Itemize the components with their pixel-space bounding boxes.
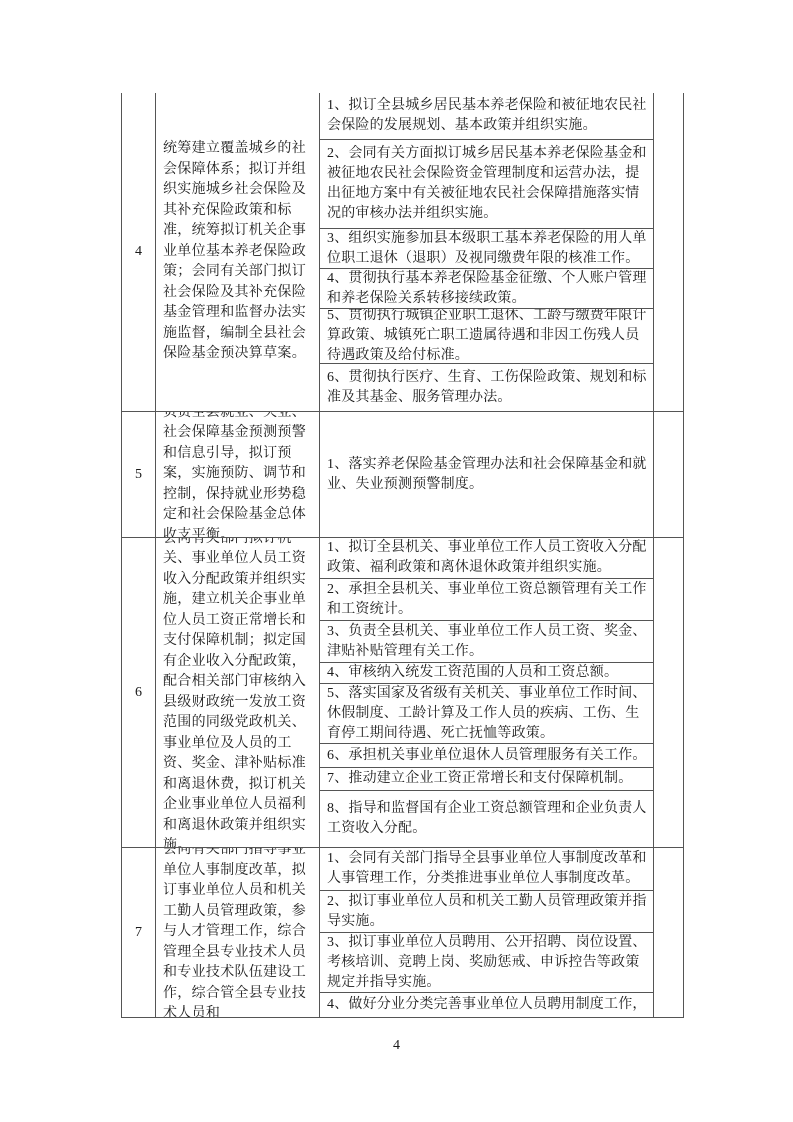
item-text: 1、会同有关部门指导全县事业单位人事制度改革和人事管理工作，分类推进事业单位人事…: [327, 849, 649, 889]
duty-cell: 统筹建立覆盖城乡的社会保障体系；拟订并组织实施城乡社会保险及其补充保险政策和标准…: [156, 93, 320, 411]
item-text: 6、承担机关事业单位退休人员管理服务有关工作。: [327, 746, 647, 766]
item-text: 6、贯彻执行医疗、生育、工伤保险政策、规划和标准及其基金、服务管理办法。: [327, 368, 649, 408]
remark-cell: [654, 93, 684, 411]
item-text: 1、拟订全县机关、事业单位工作人员工资收入分配政策、福利政策和离休退休政策并组织…: [327, 538, 649, 578]
item-cell: 2、会同有关方面拟订城乡居民基本养老保险基金和被征地农民社会保险资金管理制度和运…: [320, 139, 653, 228]
item-text: 5、落实国家及省级有关机关、事业单位工作时间、休假制度、工龄计算及工作人员的疾病…: [327, 684, 649, 744]
duties-table: 4 统筹建立覆盖城乡的社会保障体系；拟订并组织实施城乡社会保险及其补充保险政策和…: [121, 93, 684, 1018]
duty-text: 会同有关部门指导事业单位人事制度改革，拟订事业单位人员和机关工勤人员管理政策，参…: [163, 848, 314, 1017]
item-text: 2、拟订事业单位人员和机关工勤人员管理政策并指导实施。: [327, 892, 649, 932]
item-text: 4、做好分业分类完善事业单位人员聘用制度工作，: [327, 995, 647, 1015]
item-cell: 1、拟订全县城乡居民基本养老保险和被征地农民社会保险的发展规划、基本政策并组织实…: [320, 93, 653, 139]
item-cell: 7、推动建立企业工资正常增长和支付保障机制。: [320, 767, 653, 790]
item-cell: 4、做好分业分类完善事业单位人员聘用制度工作，: [320, 992, 653, 1017]
item-cell: 3、组织实施参加县本级职工基本养老保险的用人单位职工退休（退职）及视同缴费年限的…: [320, 228, 653, 268]
item-text: 3、拟订事业单位人员聘用、公开招聘、岗位设置、考核培训、竞聘上岗、奖励惩戒、申诉…: [327, 933, 649, 993]
item-text: 4、审核纳入统发工资范围的人员和工资总额。: [327, 663, 618, 683]
item-cell: 1、落实养老保险基金管理办法和社会保障基金和就业、失业预测预警制度。: [320, 412, 653, 537]
row-number: 6: [122, 538, 156, 847]
duty-text: 负责全县就业、失业、社会保障基金预测预警和信息引导，拟订预案，实施预防、调节和控…: [163, 412, 314, 537]
duty-cell: 负责全县就业、失业、社会保障基金预测预警和信息引导，拟订预案，实施预防、调节和控…: [156, 412, 320, 537]
item-cell: 4、审核纳入统发工资范围的人员和工资总额。: [320, 662, 653, 683]
table-row-4: 4 统筹建立覆盖城乡的社会保障体系；拟订并组织实施城乡社会保险及其补充保险政策和…: [122, 93, 684, 412]
item-cell: 4、贯彻执行基本养老保险基金征缴、个人账户管理和养老保险关系转移接续政策。: [320, 268, 653, 308]
items-cell: 1、拟订全县机关、事业单位工作人员工资收入分配政策、福利政策和离休退休政策并组织…: [320, 538, 654, 847]
item-text: 2、承担全县机关、事业单位工资总额管理有关工作和工资统计。: [327, 580, 649, 620]
duty-text: 会同有关部门拟订机关、事业单位人员工资收入分配政策并组织实施，建立机关企事业单位…: [163, 538, 314, 847]
items-cell: 1、会同有关部门指导全县事业单位人事制度改革和人事管理工作，分类推进事业单位人事…: [320, 848, 654, 1017]
item-cell: 5、落实国家及省级有关机关、事业单位工作时间、休假制度、工龄计算及工作人员的疾病…: [320, 683, 653, 743]
page-number: 4: [0, 1038, 793, 1054]
item-text: 5、贯彻执行城镇企业职工退休、工龄与缴费年限计算政策、城镇死亡职工遗属待遇和非因…: [327, 308, 649, 363]
item-cell: 1、拟订全县机关、事业单位工作人员工资收入分配政策、福利政策和离休退休政策并组织…: [320, 538, 653, 578]
remark-cell: [654, 538, 684, 847]
item-cell: 6、贯彻执行医疗、生育、工伤保险政策、规划和标准及其基金、服务管理办法。: [320, 363, 653, 411]
row-number: 5: [122, 412, 156, 537]
item-text: 4、贯彻执行基本养老保险基金征缴、个人账户管理和养老保险关系转移接续政策。: [327, 269, 649, 309]
item-cell: 3、负责全县机关、事业单位工作人员工资、奖金、津贴补贴管理有关工作。: [320, 620, 653, 662]
item-text: 7、推动建立企业工资正常增长和支付保障机制。: [327, 769, 632, 789]
item-cell: 3、拟订事业单位人员聘用、公开招聘、岗位设置、考核培训、竞聘上岗、奖励惩戒、申诉…: [320, 932, 653, 992]
table-row-7: 7 会同有关部门指导事业单位人事制度改革，拟订事业单位人员和机关工勤人员管理政策…: [122, 848, 684, 1018]
duty-text: 统筹建立覆盖城乡的社会保障体系；拟订并组织实施城乡社会保险及其补充保险政策和标准…: [163, 139, 314, 365]
duty-cell: 会同有关部门拟订机关、事业单位人员工资收入分配政策并组织实施，建立机关企事业单位…: [156, 538, 320, 847]
item-cell: 6、承担机关事业单位退休人员管理服务有关工作。: [320, 743, 653, 767]
duty-cell: 会同有关部门指导事业单位人事制度改革，拟订事业单位人员和机关工勤人员管理政策，参…: [156, 848, 320, 1017]
remark-cell: [654, 848, 684, 1017]
item-cell: 1、会同有关部门指导全县事业单位人事制度改革和人事管理工作，分类推进事业单位人事…: [320, 848, 653, 890]
document-page: 4 统筹建立覆盖城乡的社会保障体系；拟订并组织实施城乡社会保险及其补充保险政策和…: [0, 0, 793, 1122]
table-row-5: 5 负责全县就业、失业、社会保障基金预测预警和信息引导，拟订预案，实施预防、调节…: [122, 412, 684, 538]
remark-cell: [654, 412, 684, 537]
items-cell: 1、拟订全县城乡居民基本养老保险和被征地农民社会保险的发展规划、基本政策并组织实…: [320, 93, 654, 411]
items-cell: 1、落实养老保险基金管理办法和社会保障基金和就业、失业预测预警制度。: [320, 412, 654, 537]
table-row-6: 6 会同有关部门拟订机关、事业单位人员工资收入分配政策并组织实施，建立机关企事业…: [122, 538, 684, 848]
item-cell: 2、拟订事业单位人员和机关工勤人员管理政策并指导实施。: [320, 890, 653, 932]
item-cell: 8、指导和监督国有企业工资总额管理和企业负责人工资收入分配。: [320, 790, 653, 847]
item-text: 1、拟订全县城乡居民基本养老保险和被征地农民社会保险的发展规划、基本政策并组织实…: [327, 96, 649, 136]
row-number: 4: [122, 93, 156, 411]
item-text: 1、落实养老保险基金管理办法和社会保障基金和就业、失业预测预警制度。: [327, 455, 649, 495]
item-cell: 5、贯彻执行城镇企业职工退休、工龄与缴费年限计算政策、城镇死亡职工遗属待遇和非因…: [320, 308, 653, 363]
item-text: 8、指导和监督国有企业工资总额管理和企业负责人工资收入分配。: [327, 799, 649, 839]
item-text: 3、组织实施参加县本级职工基本养老保险的用人单位职工退休（退职）及视同缴费年限的…: [327, 229, 649, 269]
item-cell: 2、承担全县机关、事业单位工资总额管理有关工作和工资统计。: [320, 578, 653, 620]
row-number: 7: [122, 848, 156, 1017]
item-text: 2、会同有关方面拟订城乡居民基本养老保险基金和被征地农民社会保险资金管理制度和运…: [327, 144, 649, 224]
item-text: 3、负责全县机关、事业单位工作人员工资、奖金、津贴补贴管理有关工作。: [327, 622, 649, 662]
